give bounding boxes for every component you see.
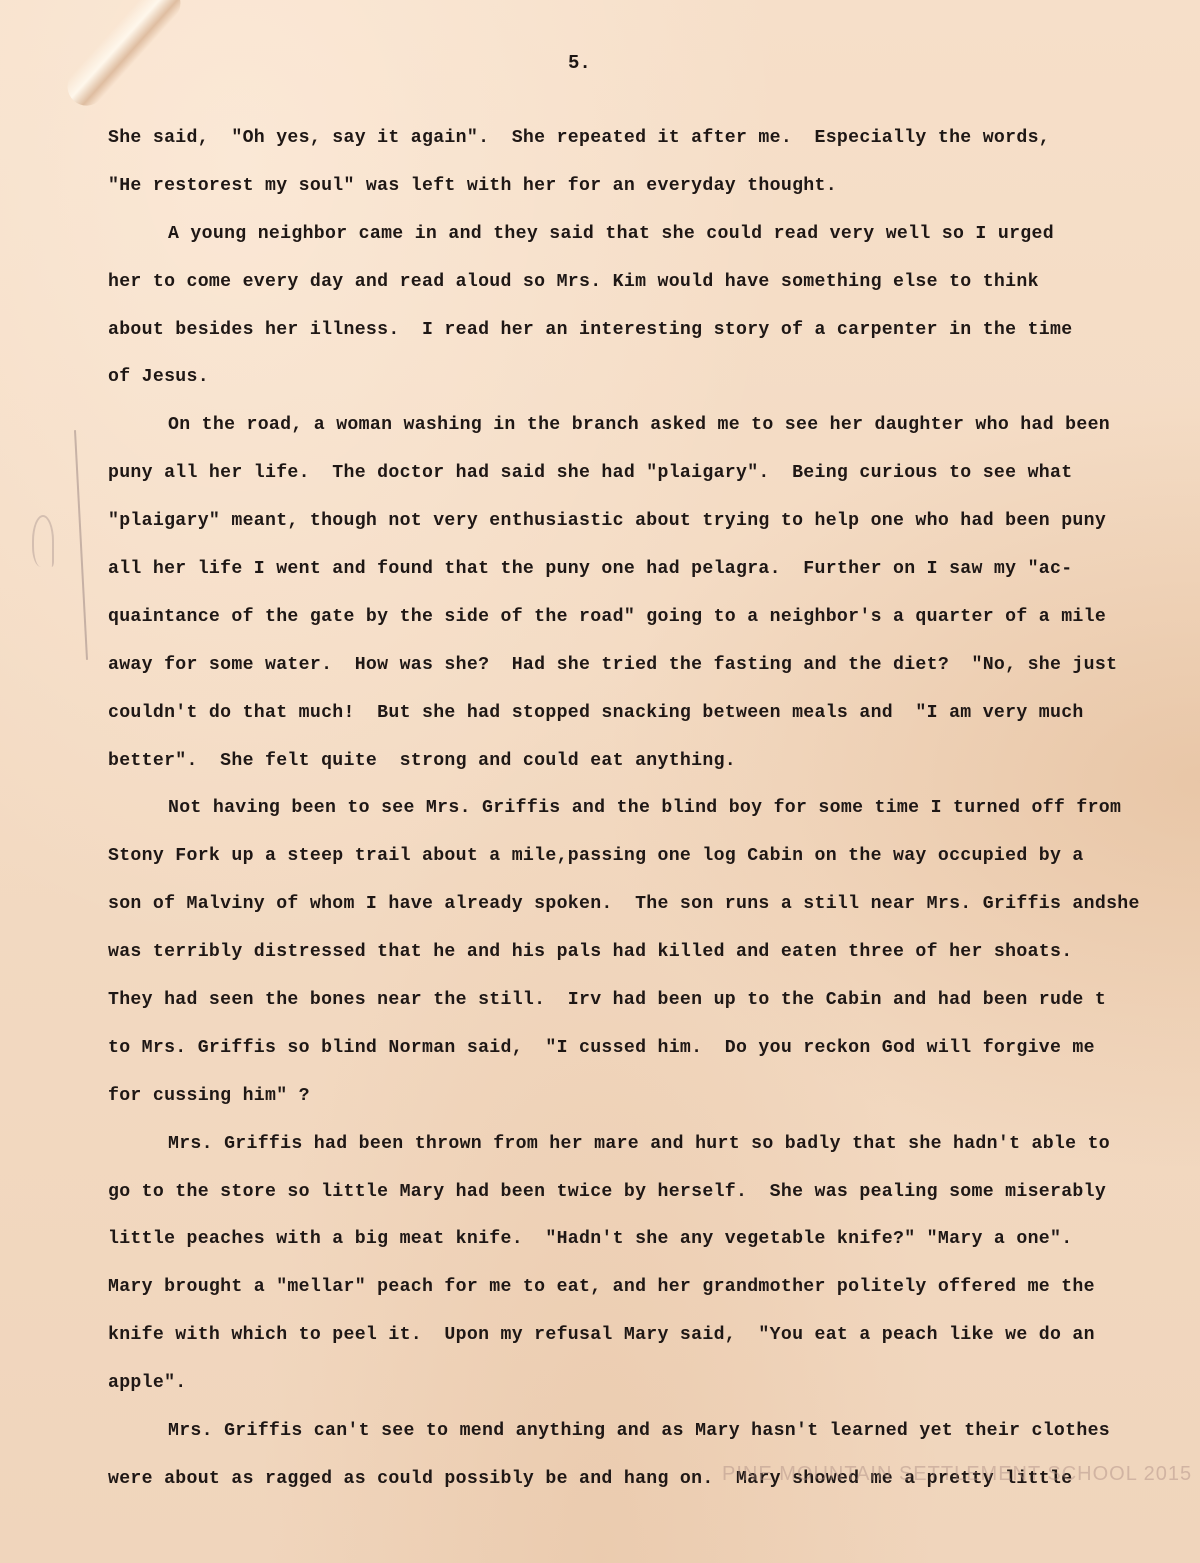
text-line: couldn't do that much! But she had stopp… [108, 695, 1188, 743]
text-line: of Jesus. [108, 359, 1188, 407]
text-line: She said, "Oh yes, say it again". She re… [108, 120, 1188, 168]
text-line: son of Malviny of whom I have already sp… [108, 886, 1188, 934]
text-line: for cussing him" ? [108, 1078, 1188, 1126]
typewritten-page: 5. She said, "Oh yes, say it again". She… [0, 0, 1200, 1563]
text-line: "plaigary" meant, though not very enthus… [108, 503, 1188, 551]
text-line: knife with which to peel it. Upon my ref… [108, 1317, 1188, 1365]
text-line: apple". [108, 1365, 1188, 1413]
text-line: go to the store so little Mary had been … [108, 1174, 1188, 1222]
text-line: Stony Fork up a steep trail about a mile… [108, 838, 1188, 886]
pencil-margin-line [74, 430, 88, 660]
text-line: They had seen the bones near the still. … [108, 982, 1188, 1030]
text-line: Mrs. Griffis had been thrown from her ma… [108, 1126, 1188, 1174]
text-line: all her life I went and found that the p… [108, 551, 1188, 599]
text-line: Mrs. Griffis can't see to mend anything … [108, 1413, 1188, 1461]
text-line: about besides her illness. I read her an… [108, 312, 1188, 360]
text-line: Not having been to see Mrs. Griffis and … [108, 790, 1188, 838]
text-line: quaintance of the gate by the side of th… [108, 599, 1188, 647]
text-line: little peaches with a big meat knife. "H… [108, 1221, 1188, 1269]
text-line: Mary brought a "mellar" peach for me to … [108, 1269, 1188, 1317]
text-line: was terribly distressed that he and his … [108, 934, 1188, 982]
page-number: 5. [568, 52, 591, 74]
pencil-margin-mark [32, 515, 54, 567]
text-line: to Mrs. Griffis so blind Norman said, "I… [108, 1030, 1188, 1078]
body-text: She said, "Oh yes, say it again". She re… [108, 120, 1188, 1509]
paper-crease [60, 0, 189, 113]
text-line: On the road, a woman washing in the bran… [108, 407, 1188, 455]
archive-watermark: PINE MOUNTAIN SETTLEMENT SCHOOL 2015 [722, 1463, 1192, 1486]
text-line: away for some water. How was she? Had sh… [108, 647, 1188, 695]
text-line: A young neighbor came in and they said t… [108, 216, 1188, 264]
text-line: her to come every day and read aloud so … [108, 264, 1188, 312]
text-line: puny all her life. The doctor had said s… [108, 455, 1188, 503]
text-line: "He restorest my soul" was left with her… [108, 168, 1188, 216]
text-line: better". She felt quite strong and could… [108, 743, 1188, 791]
